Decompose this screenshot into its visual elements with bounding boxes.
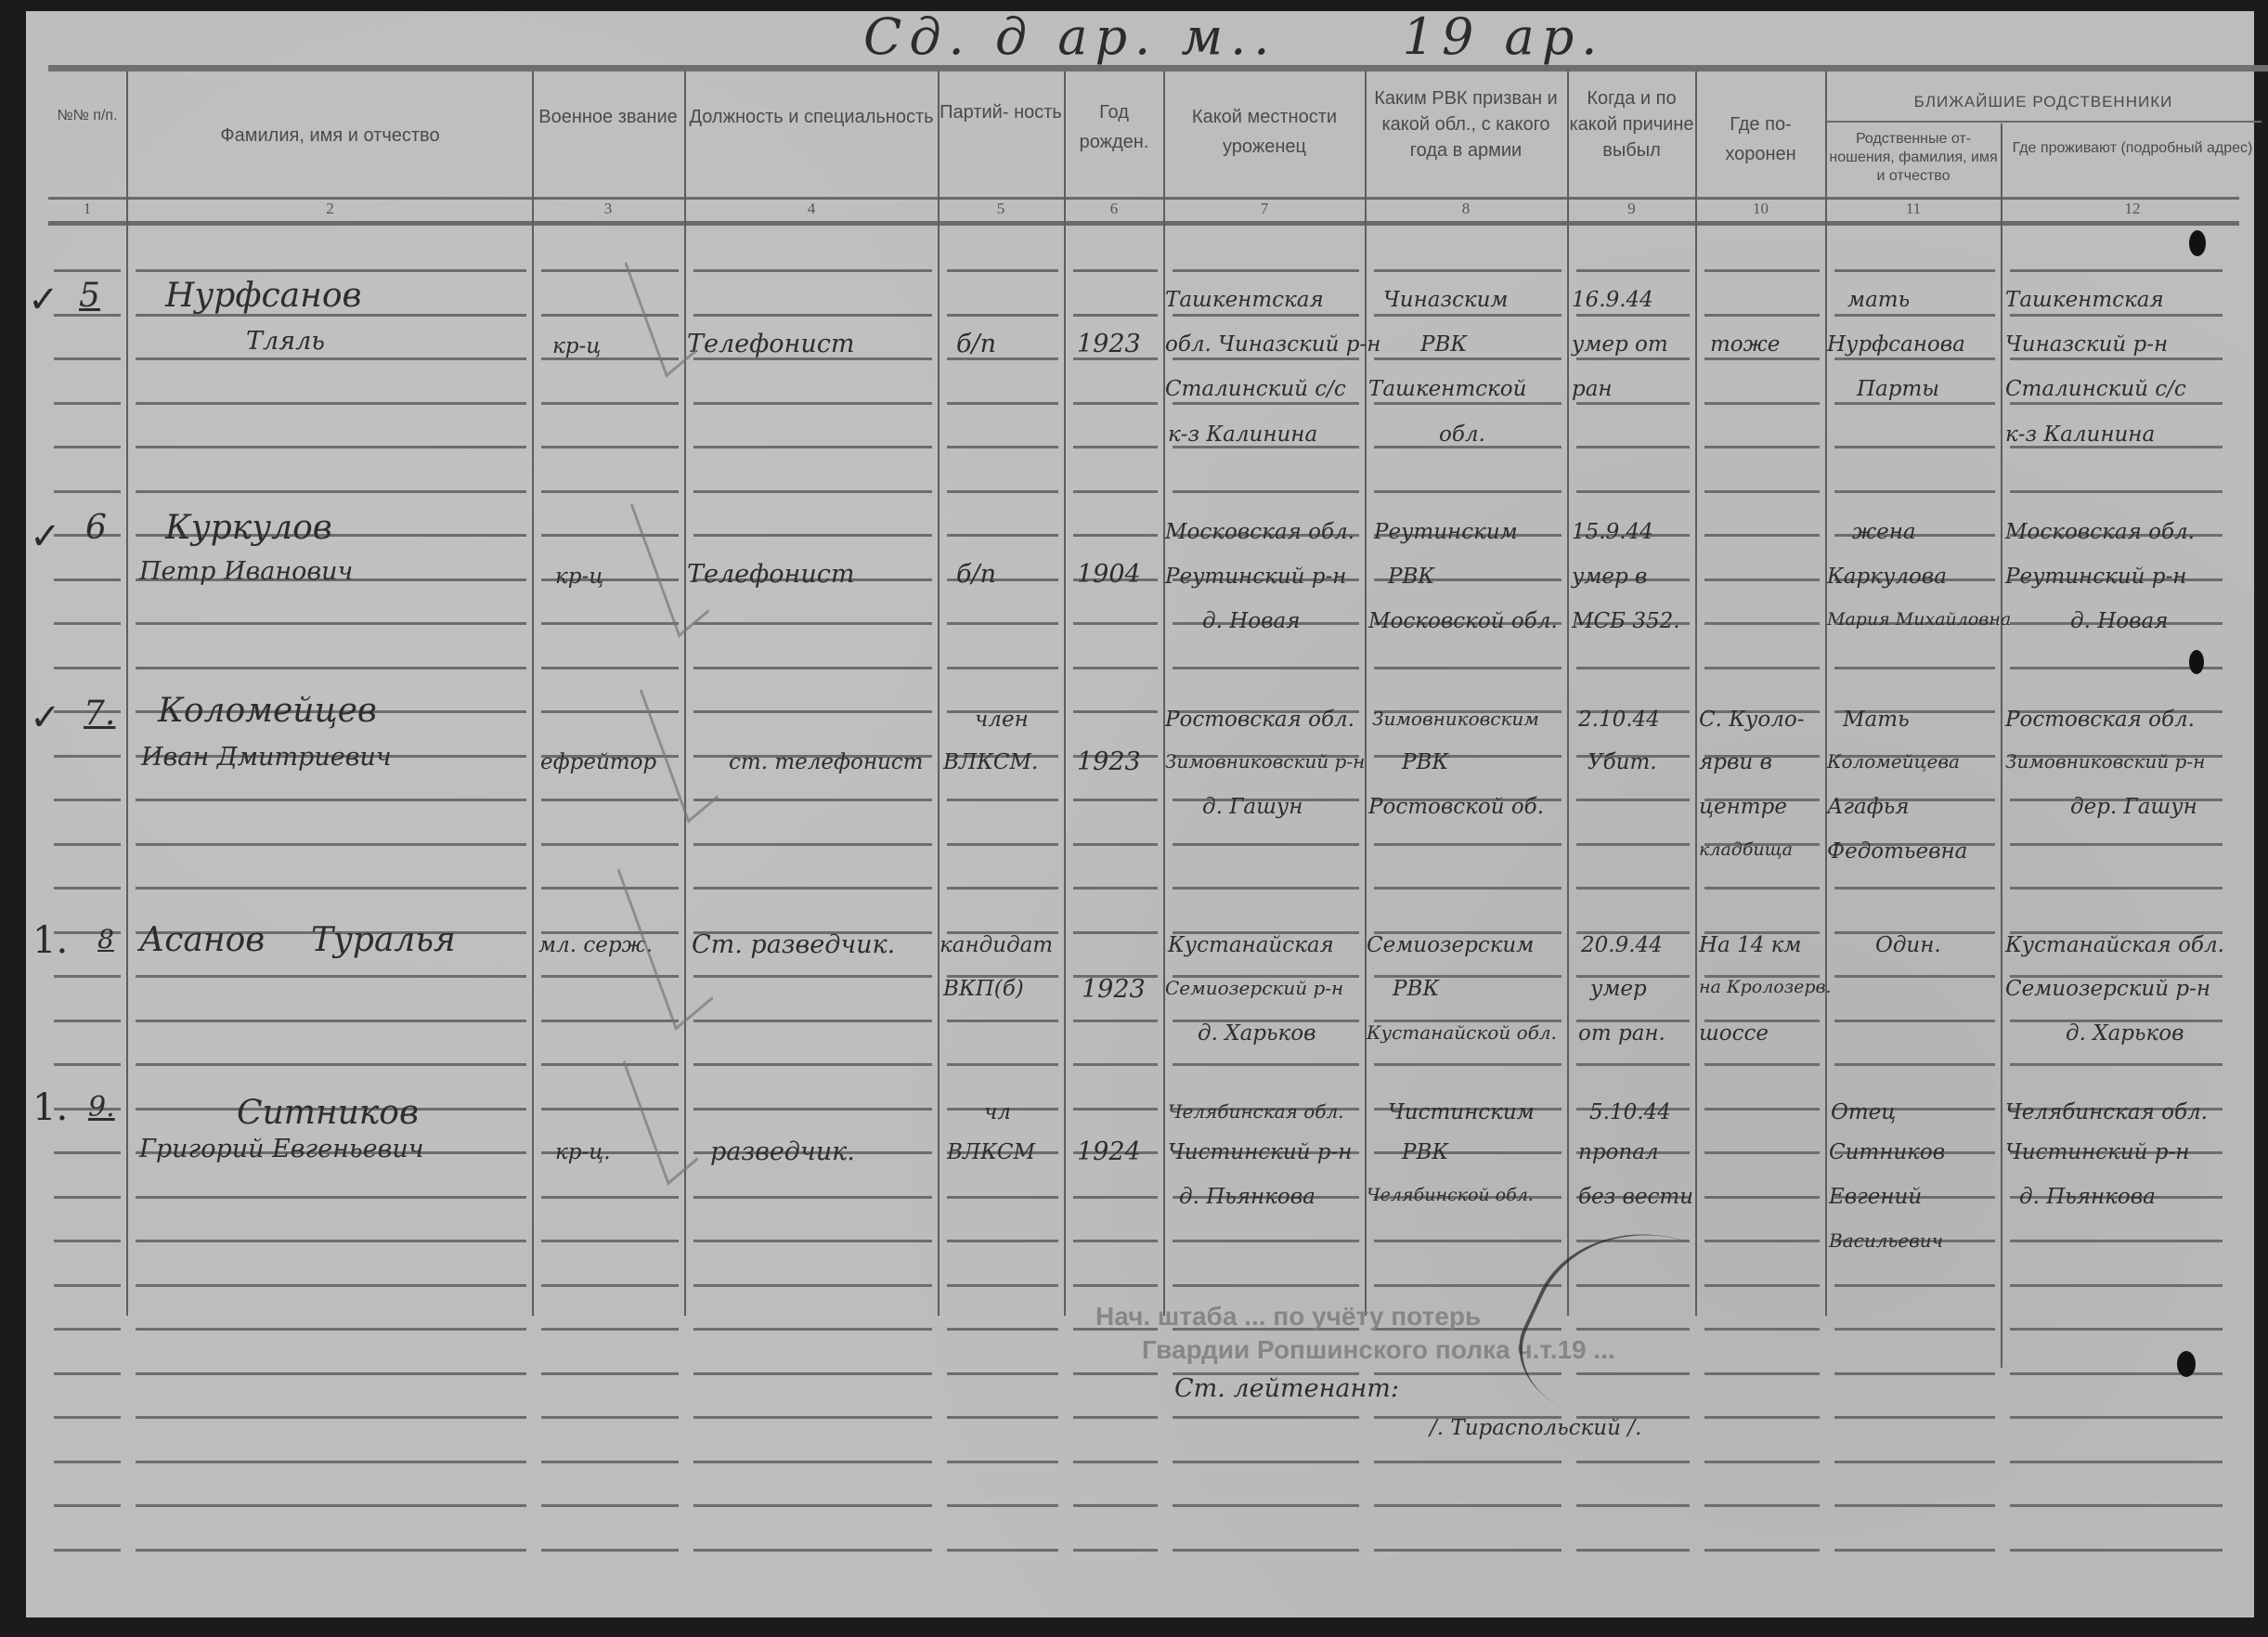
writing-line [1173, 887, 1359, 890]
writing-line [693, 1416, 932, 1419]
writing-line [1073, 1020, 1158, 1022]
writing-line [54, 490, 121, 493]
birth-year: 1924 [1077, 1137, 1141, 1166]
writing-line [1374, 843, 1562, 846]
writing-line [541, 667, 679, 669]
birth-year: 1923 [1082, 975, 1146, 1004]
writing-line [1576, 843, 1690, 846]
writing-line [136, 1020, 526, 1022]
col-header-8: Каким РВК призван и какой обл., с какого… [1367, 85, 1565, 163]
title-year: 19 ар. [1403, 7, 1605, 66]
writing-line [54, 1328, 121, 1331]
burial-line: шоссе [1699, 1021, 1769, 1046]
writing-line [1704, 1549, 1820, 1552]
margin-checkmark: ✓ [30, 696, 61, 739]
rvk-line: РВК [1420, 332, 1467, 357]
address-line: Семиозерский р-н [2005, 977, 2210, 1001]
when-why-line: умер от [1572, 332, 1668, 357]
writing-line [54, 357, 121, 360]
writing-line [1704, 1240, 1820, 1242]
col-header-6: Год рожден. [1066, 97, 1162, 157]
writing-line [1576, 402, 1690, 405]
writing-line [54, 1240, 121, 1242]
writing-line [2010, 1240, 2223, 1242]
rvk-line: Чиназским [1383, 288, 1509, 312]
writing-line [947, 799, 1058, 801]
writing-line [1576, 1504, 1690, 1507]
rvk-line: Чистинским [1388, 1100, 1535, 1124]
address-line: Чиназский р-н [2005, 332, 2168, 357]
when-why-line: 2.10.44 [1578, 708, 1660, 732]
margin-checkmark: ✓ [28, 279, 59, 321]
writing-line [693, 1504, 932, 1507]
writing-line [1073, 269, 1158, 272]
column-number-rule [48, 221, 2239, 226]
writing-line [1073, 1504, 1158, 1507]
writing-line [1073, 799, 1158, 801]
writing-line [136, 402, 526, 405]
col-number: 8 [1367, 200, 1565, 218]
writing-line [54, 975, 121, 978]
writing-line [541, 1549, 679, 1552]
signer-title: Ст. лейтенант: [1174, 1374, 1399, 1403]
relative-line: Васильевич [1829, 1229, 1943, 1252]
writing-line [947, 1328, 1058, 1331]
when-why-line: пропал [1578, 1140, 1659, 1164]
writing-line [2010, 1063, 2223, 1066]
writing-line [947, 667, 1058, 669]
relative-line: Один. [1875, 933, 1941, 957]
relative-line: Отец [1831, 1100, 1896, 1124]
writing-line [2010, 269, 2223, 272]
writing-line [693, 314, 932, 317]
writing-line [1173, 314, 1359, 317]
ink-blot [2189, 650, 2204, 674]
burial-line: С. Куоло- [1699, 708, 1804, 732]
column-divider [1567, 71, 1569, 1316]
writing-line [693, 446, 932, 448]
rvk-line: РВК [1388, 565, 1434, 589]
col-number: 12 [2002, 200, 2262, 218]
writing-line [1834, 1063, 1995, 1066]
writing-line [947, 269, 1058, 272]
relative-line: мать [1847, 288, 1910, 312]
writing-line [541, 1372, 679, 1375]
writing-line [54, 667, 121, 669]
rvk-line: Кустанайской обл. [1367, 1021, 1557, 1044]
writing-line [1704, 402, 1820, 405]
writing-line [1073, 931, 1158, 934]
writing-line [1374, 1240, 1562, 1242]
origin-line: д. Новая [1202, 609, 1300, 633]
origin-line: Зимовниковский р-н [1165, 750, 1365, 773]
writing-line [136, 357, 526, 360]
burial-line: на Кролозерв. [1699, 977, 1832, 997]
relative-line: Евгений [1829, 1185, 1922, 1209]
writing-line [693, 1020, 932, 1022]
position: ст. телефонист [729, 750, 924, 774]
rvk-line: Московской обл. [1368, 609, 1558, 633]
origin-line: Челябинская обл. [1168, 1100, 1344, 1123]
writing-line [136, 269, 526, 272]
writing-line [1704, 1504, 1820, 1507]
writing-line [541, 1284, 679, 1287]
burial-line: кладбища [1699, 839, 1793, 860]
writing-line [1073, 534, 1158, 537]
writing-line [947, 1284, 1058, 1287]
writing-line [947, 843, 1058, 846]
writing-line [1073, 1461, 1158, 1463]
address-line: Кустанайская обл. [2005, 933, 2224, 957]
rvk-line: РВК [1393, 977, 1439, 1001]
writing-line [947, 1063, 1058, 1066]
address-line: Ростовская обл. [2005, 708, 2195, 732]
address-line: д. Новая [2070, 609, 2168, 633]
writing-line [1704, 622, 1820, 625]
writing-line [1173, 1504, 1359, 1507]
given-name: Григорий Евгеньевич [139, 1135, 424, 1163]
writing-line [693, 269, 932, 272]
writing-line [1834, 357, 1995, 360]
writing-line [1073, 402, 1158, 405]
col-header-7: Какой местности уроженец [1165, 102, 1364, 162]
when-why-line: МСБ 352. [1572, 609, 1680, 633]
writing-line [1834, 1461, 1995, 1463]
writing-line [136, 1416, 526, 1419]
writing-line [1576, 314, 1690, 317]
birth-year: 1923 [1077, 330, 1141, 358]
writing-line [1073, 1108, 1158, 1111]
writing-line [1704, 667, 1820, 669]
writing-line [54, 799, 121, 801]
table-top-rule [48, 65, 2268, 71]
writing-line [541, 446, 679, 448]
col-number: 4 [686, 200, 937, 218]
writing-line [1834, 1328, 1995, 1331]
writing-line [1834, 1284, 1995, 1287]
writing-line [1073, 1284, 1158, 1287]
burial-line: центре [1699, 795, 1787, 819]
writing-line [1073, 622, 1158, 625]
col-header-1: №№ п/п. [48, 107, 126, 125]
writing-line [54, 1151, 121, 1154]
writing-line [947, 1504, 1058, 1507]
writing-line [1173, 843, 1359, 846]
address-line: д. Харьков [2066, 1021, 2184, 1046]
writing-line [1834, 1504, 1995, 1507]
column-divider [2001, 123, 2002, 1368]
origin-line: Семиозерский р-н [1165, 977, 1343, 999]
col-header-12: Где проживают (подробный адрес) [2002, 139, 2262, 158]
writing-line [136, 1504, 526, 1507]
writing-line [1704, 1063, 1820, 1066]
writing-line [1576, 1063, 1690, 1066]
writing-line [693, 1196, 932, 1199]
position: Ст. разведчик. [692, 930, 895, 959]
when-why-line: 5.10.44 [1589, 1100, 1671, 1124]
writing-line [54, 1196, 121, 1199]
rvk-line: Ташкентской [1368, 377, 1526, 401]
military-rank: кр-ц [552, 334, 601, 358]
writing-line [54, 1372, 121, 1375]
address-line: Челябинская обл. [2005, 1100, 2208, 1124]
column-divider [1825, 71, 1827, 1316]
group-header-relatives: БЛИЖАЙШИЕ РОДСТВЕННИКИ [1825, 93, 2262, 111]
origin-line: д. Гашун [1202, 795, 1302, 819]
writing-line [1834, 1020, 1995, 1022]
writing-line [947, 1240, 1058, 1242]
writing-line [541, 1461, 679, 1463]
writing-line [1073, 1549, 1158, 1552]
party: кандидат [940, 933, 1053, 957]
writing-line [54, 269, 121, 272]
writing-line [136, 887, 526, 890]
writing-line [1073, 843, 1158, 846]
rvk-line: Челябинской обл. [1367, 1185, 1534, 1205]
writing-line [1173, 1549, 1359, 1552]
writing-line [947, 402, 1058, 405]
origin-line: к-з Калинина [1168, 422, 1317, 447]
writing-line [136, 667, 526, 669]
relative-line: Агафья [1827, 795, 1910, 819]
relative-line: Ситников [1829, 1140, 1945, 1164]
rvk-line: Ростовской об. [1368, 795, 1544, 819]
writing-line [54, 887, 121, 890]
col-header-5: Партий- ность [940, 97, 1062, 127]
origin-line: Реутинский р-н [1165, 565, 1346, 589]
writing-line [1704, 887, 1820, 890]
writing-line [693, 799, 932, 801]
origin-line: Ташкентская [1165, 288, 1324, 312]
writing-line [54, 1549, 121, 1552]
writing-line [136, 1240, 526, 1242]
when-why-line: ран [1572, 377, 1613, 401]
party: б/п [956, 560, 996, 589]
writing-line [54, 1461, 121, 1463]
column-divider [126, 71, 128, 1316]
writing-line [2010, 1416, 2223, 1419]
writing-line [1173, 1063, 1359, 1066]
writing-line [693, 1461, 932, 1463]
surname: Коломейцев [158, 692, 377, 730]
given-name: Иван Дмитриевич [141, 743, 392, 772]
col-number: 1 [48, 200, 126, 218]
writing-line [947, 534, 1058, 537]
writing-line [2010, 1504, 2223, 1507]
writing-line [136, 446, 526, 448]
writing-line [2010, 1328, 2223, 1331]
address-line: Московская обл. [2005, 520, 2195, 544]
writing-line [2010, 887, 2223, 890]
writing-line [541, 1196, 679, 1199]
military-rank: кр-ц. [555, 1140, 611, 1164]
origin-line: обл. Чиназский р-н [1165, 332, 1380, 357]
ink-blot [2177, 1351, 2196, 1377]
writing-line [693, 402, 932, 405]
writing-line [136, 1372, 526, 1375]
col-header-4: Должность и специальность [686, 102, 937, 132]
address-line: Чистинский р-н [2005, 1140, 2189, 1164]
writing-line [541, 1240, 679, 1242]
col-number: 10 [1697, 200, 1824, 218]
writing-line [136, 1461, 526, 1463]
col-number: 2 [128, 200, 532, 218]
writing-line [1576, 887, 1690, 890]
writing-line [1073, 1416, 1158, 1419]
burial-line: тоже [1710, 332, 1780, 357]
writing-line [693, 1108, 932, 1111]
writing-line [1704, 1196, 1820, 1199]
relative-line: Парты [1857, 377, 1939, 401]
writing-line [1374, 1461, 1562, 1463]
col-header-9: Когда и по какой причине выбыл [1569, 85, 1694, 163]
writing-line [136, 490, 526, 493]
origin-line: Кустанайская [1168, 933, 1334, 957]
writing-line [1374, 667, 1562, 669]
address-line: к-з Калинина [2005, 422, 2155, 447]
writing-line [1073, 1063, 1158, 1066]
party: ВЛКСМ. [943, 750, 1038, 774]
writing-line [693, 622, 932, 625]
writing-line [1834, 667, 1995, 669]
writing-line [54, 578, 121, 581]
writing-line [693, 1240, 932, 1242]
col-number: 5 [940, 200, 1062, 218]
writing-line [1073, 490, 1158, 493]
writing-line [541, 1416, 679, 1419]
writing-line [1834, 314, 1995, 317]
position: разведчик. [710, 1137, 855, 1166]
address-line: дер. Гашун [2070, 795, 2197, 819]
given-name: Туралья [311, 921, 456, 959]
writing-line [1704, 490, 1820, 493]
writing-line [2010, 357, 2223, 360]
writing-line [693, 843, 932, 846]
writing-line [1073, 1372, 1158, 1375]
given-name: Тляль [246, 327, 325, 356]
when-why-line: Убит. [1588, 750, 1657, 774]
writing-line [1704, 314, 1820, 317]
writing-line [2010, 490, 2223, 493]
writing-line [1576, 357, 1690, 360]
writing-line [54, 1416, 121, 1419]
writing-line [54, 1504, 121, 1507]
writing-line [541, 1328, 679, 1331]
relative-line: Мать [1843, 708, 1910, 732]
writing-line [54, 1284, 121, 1287]
writing-line [947, 887, 1058, 890]
writing-line [1576, 1549, 1690, 1552]
when-why-line: 15.9.44 [1572, 520, 1653, 544]
relative-line: Федотьевна [1827, 839, 1967, 864]
writing-line [136, 1284, 526, 1287]
margin-mark: 1. [32, 919, 68, 962]
writing-line [1173, 1284, 1359, 1287]
writing-line [136, 843, 526, 846]
relative-line: Нурфсанова [1827, 332, 1965, 357]
rvk-line: обл. [1439, 422, 1485, 447]
writing-line [1374, 402, 1562, 405]
writing-line [1704, 578, 1820, 581]
writing-line [947, 1196, 1058, 1199]
writing-line [2010, 843, 2223, 846]
party: ВКП(б) [943, 977, 1024, 1001]
writing-line [1576, 667, 1690, 669]
writing-line [693, 1284, 932, 1287]
writing-line [541, 1504, 679, 1507]
when-why-line: без вести [1578, 1185, 1693, 1209]
military-rank: кр-ц [555, 565, 603, 589]
writing-line [1704, 446, 1820, 448]
when-why-line: умер [1590, 977, 1647, 1001]
writing-line [693, 490, 932, 493]
writing-line [1173, 1240, 1359, 1242]
document-sheet [26, 11, 2254, 1618]
writing-line [1374, 269, 1562, 272]
when-why-line: 20.9.44 [1581, 933, 1663, 957]
writing-line [1374, 887, 1562, 890]
writing-line [136, 1063, 526, 1066]
writing-line [54, 843, 121, 846]
address-line: д. Пьянкова [2019, 1185, 2156, 1209]
given-name: Петр Иванович [139, 557, 353, 586]
rvk-line: Семиозерским [1367, 933, 1534, 957]
column-divider [1365, 71, 1367, 1316]
margin-mark: 1. [32, 1086, 68, 1129]
col-number: 9 [1569, 200, 1694, 218]
writing-line [693, 1063, 932, 1066]
margin-checkmark: ✓ [30, 515, 61, 558]
writing-line [2010, 314, 2223, 317]
when-why-line: от ран. [1578, 1021, 1665, 1046]
writing-line [541, 843, 679, 846]
writing-line [947, 1372, 1058, 1375]
origin-line: д. Пьянкова [1179, 1185, 1315, 1209]
writing-line [1073, 667, 1158, 669]
writing-line [1374, 490, 1562, 493]
writing-line [1704, 357, 1820, 360]
origin-line: Сталинский с/с [1165, 377, 1346, 401]
writing-line [136, 1328, 526, 1331]
writing-line [2010, 402, 2223, 405]
writing-line [1374, 314, 1562, 317]
group-header-divider [1825, 121, 2262, 123]
writing-line [2010, 1461, 2223, 1463]
writing-line [136, 975, 526, 978]
writing-line [2010, 1284, 2223, 1287]
writing-line [1834, 269, 1995, 272]
writing-line [947, 1416, 1058, 1419]
writing-line [947, 1461, 1058, 1463]
military-rank: мл. серж. [538, 933, 653, 957]
military-rank: ефрейтор [540, 750, 656, 774]
writing-line [1173, 269, 1359, 272]
writing-line [1374, 1284, 1562, 1287]
row-number: 9. [88, 1091, 115, 1124]
writing-line [54, 446, 121, 448]
surname: Куркулов [165, 509, 332, 547]
column-divider [532, 71, 534, 1316]
writing-line [1576, 799, 1690, 801]
burial-line: На 14 км [1699, 933, 1801, 957]
relative-line: жена [1852, 520, 1916, 544]
writing-line [541, 799, 679, 801]
writing-line [1576, 269, 1690, 272]
writing-line [1374, 1063, 1562, 1066]
birth-year: 1904 [1077, 560, 1141, 589]
writing-line [1576, 490, 1690, 493]
writing-line [1834, 887, 1995, 890]
